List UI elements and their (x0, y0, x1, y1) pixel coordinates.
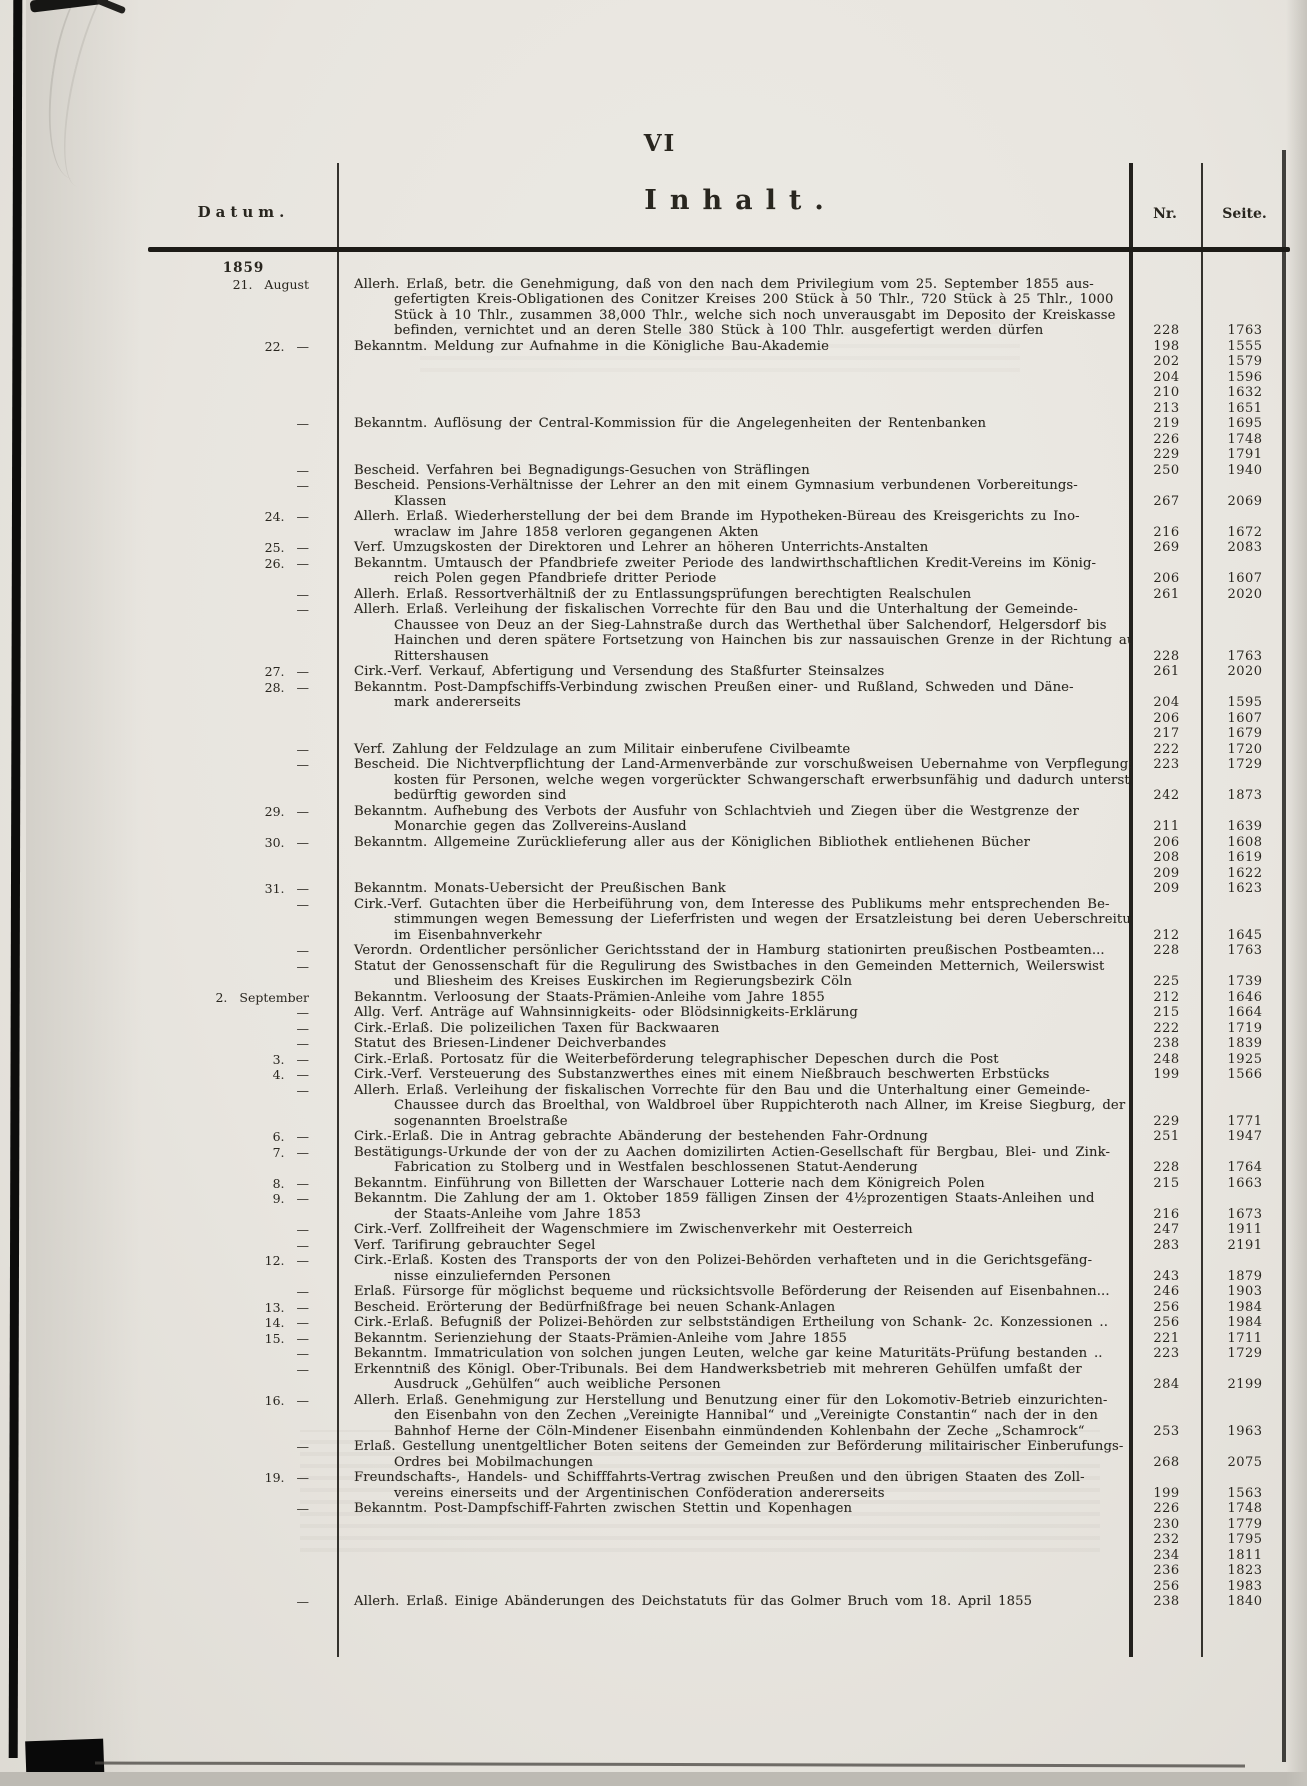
entry-text: Chaussee von Deuz an der Sieg-Lahnstraße… (394, 618, 1125, 634)
table-row: nisse einzuliefernden Personen2431879 (150, 1269, 1288, 1285)
content-cell: Ordres bei Mobilmachungen (337, 1455, 1131, 1471)
entry-text: Bekanntm. Allgemeine Zurücklieferung all… (354, 835, 1125, 851)
entry-text: Klassen (394, 494, 1125, 510)
entry-text: reich Polen gegen Pfandbriefe dritter Pe… (394, 571, 1125, 587)
entry-text: Bekanntm. Post-Dampfschiffs-Verbindung z… (354, 680, 1125, 696)
entry-text: Allerh. Erlaß, betr. die Genehmigung, da… (354, 277, 1125, 293)
content-cell: Bestätigungs-Urkunde der von der zu Aach… (337, 1145, 1131, 1161)
table-row: 14. —Cirk.-Erlaß. Befugniß der Polizei-B… (150, 1315, 1288, 1331)
content-cell: Allerh. Erlaß. Ressortverhältniß der zu … (337, 587, 1131, 603)
date-cell: 27. — (150, 664, 337, 680)
entry-text: Rittershausen (394, 649, 1125, 665)
nr-cell: 206 (1131, 711, 1202, 727)
seite-cell: 1763 (1202, 649, 1288, 665)
content-cell: befinden, vernichtet und an deren Stelle… (337, 323, 1131, 339)
nr-cell: 223 (1131, 757, 1202, 773)
date-cell: 13. — (150, 1300, 337, 1316)
table-row: Klassen2672069 (150, 494, 1288, 510)
table-row: 2081619 (150, 850, 1288, 866)
entry-text: Freundschafts-, Handels- und Schifffahrt… (354, 1470, 1125, 1486)
nr-cell: 219 (1131, 416, 1202, 432)
content-cell: Bescheid. Die Nichtverpflichtung der Lan… (337, 757, 1131, 773)
date-cell: 22. — (150, 339, 337, 355)
nr-cell (1131, 602, 1202, 618)
table-row: und Bliesheim des Kreises Euskirchen im … (150, 974, 1288, 990)
page-number: VI (600, 130, 720, 157)
date-cell: 25. — (150, 540, 337, 556)
scanned-page: VI Datum. Inhalt. Nr. Seite. 185921. Aug… (0, 0, 1307, 1786)
seite-cell: 1925 (1202, 1052, 1288, 1068)
date-cell (150, 1377, 337, 1393)
nr-cell (1131, 959, 1202, 975)
date-cell (150, 308, 337, 324)
content-cell: Bekanntm. Meldung zur Aufnahme in die Kö… (337, 339, 1131, 355)
seite-cell: 1748 (1202, 432, 1288, 448)
seite-cell: 1983 (1202, 1579, 1288, 1595)
entry-text: Verordn. Ordentlicher persönlicher Geric… (354, 943, 1125, 959)
table-row: —Erlaß. Fürsorge für möglichst bequeme u… (150, 1284, 1288, 1300)
entry-text: Allerh. Erlaß. Ressortverhältniß der zu … (354, 587, 1125, 603)
seite-cell (1202, 261, 1288, 277)
table-row: vereins einerseits und der Argentinische… (150, 1486, 1288, 1502)
seite-cell: 1622 (1202, 866, 1288, 882)
content-cell: Cirk.-Verf. Zollfreiheit der Wagenschmie… (337, 1222, 1131, 1238)
seite-cell (1202, 1439, 1288, 1455)
content-cell: Allerh. Erlaß, betr. die Genehmigung, da… (337, 277, 1131, 293)
seite-cell: 1711 (1202, 1331, 1288, 1347)
table-row: Bahnhof Herne der Cöln-Mindener Eisenbah… (150, 1424, 1288, 1440)
content-cell: Cirk.-Erlaß. Die polizeilichen Taxen für… (337, 1021, 1131, 1037)
content-cell: Verordn. Ordentlicher persönlicher Geric… (337, 943, 1131, 959)
nr-cell: 209 (1131, 881, 1202, 897)
seite-cell (1202, 509, 1288, 525)
seite-cell: 1646 (1202, 990, 1288, 1006)
date-cell (150, 866, 337, 882)
date-cell (150, 447, 337, 463)
content-cell: und Bliesheim des Kreises Euskirchen im … (337, 974, 1131, 990)
seite-cell (1202, 1393, 1288, 1409)
content-cell: Bahnhof Herne der Cöln-Mindener Eisenbah… (337, 1424, 1131, 1440)
table-row: Monarchie gegen das Zollvereins-Ausland2… (150, 819, 1288, 835)
nr-cell: 206 (1131, 571, 1202, 587)
date-cell: 29. — (150, 804, 337, 820)
entry-text: Allerh. Erlaß. Wiederherstellung der bei… (354, 509, 1125, 525)
table-row: 21. AugustAllerh. Erlaß, betr. die Geneh… (150, 277, 1288, 293)
entry-text: Allg. Verf. Anträge auf Wahnsinnigkeits-… (354, 1005, 1125, 1021)
seite-cell: 1823 (1202, 1563, 1288, 1579)
table-row: Hainchen und deren spätere Fortsetzung v… (150, 633, 1288, 649)
table-row: reich Polen gegen Pfandbriefe dritter Pe… (150, 571, 1288, 587)
content-cell: der Staats-Anleihe vom Jahre 1853 (337, 1207, 1131, 1223)
nr-cell: 247 (1131, 1222, 1202, 1238)
seite-cell (1202, 602, 1288, 618)
seite-cell (1202, 618, 1288, 634)
date-cell (150, 1517, 337, 1533)
column-header-datum: Datum. (150, 203, 337, 221)
date-cell: 3. — (150, 1052, 337, 1068)
date-cell: 19. — (150, 1470, 337, 1486)
entry-text: vereins einerseits und der Argentinische… (394, 1486, 1125, 1502)
seite-cell: 2199 (1202, 1377, 1288, 1393)
content-cell: Bescheid. Pensions-Verhältnisse der Lehr… (337, 478, 1131, 494)
date-cell: — (150, 897, 337, 913)
content-cell (337, 1548, 1131, 1564)
table-row: —Bekanntm. Auflösung der Central-Kommiss… (150, 416, 1288, 432)
nr-cell (1131, 261, 1202, 277)
nr-cell: 204 (1131, 370, 1202, 386)
content-cell: Bekanntm. Monats-Uebersicht der Preußisc… (337, 881, 1131, 897)
content-cell: Bekanntm. Immatriculation von solchen ju… (337, 1346, 1131, 1362)
table-row: Rittershausen2281763 (150, 649, 1288, 665)
seite-cell (1202, 1408, 1288, 1424)
nr-cell: 199 (1131, 1067, 1202, 1083)
nr-cell (1131, 897, 1202, 913)
nr-cell: 243 (1131, 1269, 1202, 1285)
date-cell: — (150, 1346, 337, 1362)
date-cell (150, 432, 337, 448)
date-cell (150, 711, 337, 727)
date-cell: — (150, 1594, 337, 1610)
content-cell: Bekanntm. Post-Dampfschiffs-Verbindung z… (337, 680, 1131, 696)
date-cell (150, 1455, 337, 1471)
date-cell: 14. — (150, 1315, 337, 1331)
date-cell: — (150, 1036, 337, 1052)
nr-cell (1131, 277, 1202, 293)
table-row: —Cirk.-Verf. Gutachten über die Herbeifü… (150, 897, 1288, 913)
date-cell (150, 928, 337, 944)
seite-cell: 1639 (1202, 819, 1288, 835)
date-cell (150, 370, 337, 386)
date-cell (150, 618, 337, 634)
content-cell: Cirk.-Erlaß. Die in Antrag gebrachte Abä… (337, 1129, 1131, 1145)
seite-cell: 1739 (1202, 974, 1288, 990)
nr-cell: 221 (1131, 1331, 1202, 1347)
nr-cell: 215 (1131, 1005, 1202, 1021)
date-cell (150, 1160, 337, 1176)
nr-cell (1131, 292, 1202, 308)
seite-cell: 2020 (1202, 664, 1288, 680)
content-cell: Cirk.-Verf. Verkauf, Abfertigung und Ver… (337, 664, 1131, 680)
entry-text: Bekanntm. Aufhebung des Verbots der Ausf… (354, 804, 1125, 820)
date-cell: 31. — (150, 881, 337, 897)
content-cell: bedürftig geworden sind (337, 788, 1131, 804)
nr-cell: 215 (1131, 1176, 1202, 1192)
entry-text: mark andererseits (394, 695, 1125, 711)
date-cell: — (150, 463, 337, 479)
content-cell: Rittershausen (337, 649, 1131, 665)
content-cell: Statut des Briesen-Lindener Deichverband… (337, 1036, 1131, 1052)
table-row: —Allerh. Erlaß. Ressortverhältniß der zu… (150, 587, 1288, 603)
content-cell (337, 1517, 1131, 1533)
content-cell: vereins einerseits und der Argentinische… (337, 1486, 1131, 1502)
content-cell (337, 1563, 1131, 1579)
table-row: —Bescheid. Pensions-Verhältnisse der Leh… (150, 478, 1288, 494)
table-row: der Staats-Anleihe vom Jahre 18532161673 (150, 1207, 1288, 1223)
nr-cell: 236 (1131, 1563, 1202, 1579)
table-row: 2291791 (150, 447, 1288, 463)
entry-text: wraclaw im Jahre 1858 verloren gegangene… (394, 525, 1125, 541)
date-cell (150, 354, 337, 370)
table-row: 24. —Allerh. Erlaß. Wiederherstellung de… (150, 509, 1288, 525)
date-cell: 26. — (150, 556, 337, 572)
entry-text: Cirk.-Erlaß. Kosten des Transports der v… (354, 1253, 1125, 1269)
content-cell (337, 432, 1131, 448)
nr-cell: 251 (1131, 1129, 1202, 1145)
content-cell (337, 447, 1131, 463)
seite-cell: 1764 (1202, 1160, 1288, 1176)
entry-text: Bekanntm. Immatriculation von solchen ju… (354, 1346, 1125, 1362)
date-cell: 30. — (150, 835, 337, 851)
seite-cell: 1595 (1202, 695, 1288, 711)
date-cell: — (150, 1005, 337, 1021)
seite-cell (1202, 897, 1288, 913)
content-cell: Bescheid. Erörterung der Bedürfnißfrage … (337, 1300, 1131, 1316)
entry-text: Allerh. Erlaß. Verleihung der fiskalisch… (354, 602, 1125, 618)
nr-cell (1131, 912, 1202, 928)
date-cell: — (150, 1238, 337, 1254)
seite-cell (1202, 277, 1288, 293)
seite-cell: 1695 (1202, 416, 1288, 432)
nr-cell: 228 (1131, 323, 1202, 339)
entry-text: der Staats-Anleihe vom Jahre 1853 (394, 1207, 1125, 1223)
entry-text: Bekanntm. Verloosung der Staats-Prämien-… (354, 990, 1125, 1006)
entry-text: Statut des Briesen-Lindener Deichverband… (354, 1036, 1125, 1052)
table-row: 2101632 (150, 385, 1288, 401)
table-row: stimmungen wegen Bemessung der Lieferfri… (150, 912, 1288, 928)
table-row: im Eisenbahnverkehr2121645 (150, 928, 1288, 944)
content-cell: Allg. Verf. Anträge auf Wahnsinnigkeits-… (337, 1005, 1131, 1021)
seite-cell (1202, 1098, 1288, 1114)
content-cell (337, 866, 1131, 882)
seite-cell: 1555 (1202, 339, 1288, 355)
seite-cell (1202, 1145, 1288, 1161)
entry-text: und Bliesheim des Kreises Euskirchen im … (394, 974, 1125, 990)
content-cell: Bekanntm. Serienziehung der Staats-Prämi… (337, 1331, 1131, 1347)
table-row: 27. —Cirk.-Verf. Verkauf, Abfertigung un… (150, 664, 1288, 680)
content-cell: Bekanntm. Aufhebung des Verbots der Ausf… (337, 804, 1131, 820)
entry-text: Bekanntm. Die Zahlung der am 1. Oktober … (354, 1191, 1125, 1207)
nr-cell (1131, 1439, 1202, 1455)
nr-cell: 225 (1131, 974, 1202, 990)
seite-cell: 1679 (1202, 726, 1288, 742)
scan-bottom-band (0, 1772, 1307, 1786)
content-cell (337, 1532, 1131, 1548)
table-row: —Verf. Tarifirung gebrauchter Segel28321… (150, 1238, 1288, 1254)
entry-text: stimmungen wegen Bemessung der Lieferfri… (394, 912, 1125, 928)
content-cell: Bekanntm. Post-Dampfschiff-Fahrten zwisc… (337, 1501, 1131, 1517)
date-cell (150, 401, 337, 417)
entry-text: im Eisenbahnverkehr (394, 928, 1125, 944)
entry-text: Fabrication zu Stolberg und in Westfalen… (394, 1160, 1125, 1176)
seite-cell (1202, 292, 1288, 308)
nr-cell: 234 (1131, 1548, 1202, 1564)
table-row: 16. —Allerh. Erlaß. Genehmigung zur Hers… (150, 1393, 1288, 1409)
seite-cell (1202, 959, 1288, 975)
entry-text: Cirk.-Verf. Gutachten über die Herbeifüh… (354, 897, 1125, 913)
table-row: Chaussee durch das Broelthal, von Waldbr… (150, 1098, 1288, 1114)
seite-cell: 1811 (1202, 1548, 1288, 1564)
date-cell: — (150, 416, 337, 432)
nr-cell: 204 (1131, 695, 1202, 711)
nr-cell: 256 (1131, 1300, 1202, 1316)
seite-cell (1202, 804, 1288, 820)
nr-cell: 226 (1131, 432, 1202, 448)
content-cell: mark andererseits (337, 695, 1131, 711)
nr-cell (1131, 1191, 1202, 1207)
table-row: —Bekanntm. Immatriculation von solchen j… (150, 1346, 1288, 1362)
date-cell (150, 1579, 337, 1595)
table-row: 3. —Cirk.-Erlaß. Portosatz für die Weite… (150, 1052, 1288, 1068)
nr-cell: 213 (1131, 401, 1202, 417)
content-cell: Allerh. Erlaß. Wiederherstellung der bei… (337, 509, 1131, 525)
table-row: —Cirk.-Erlaß. Die polizeilichen Taxen fü… (150, 1021, 1288, 1037)
nr-cell (1131, 1145, 1202, 1161)
nr-cell: 250 (1131, 463, 1202, 479)
seite-cell: 1791 (1202, 447, 1288, 463)
table-row: Fabrication zu Stolberg und in Westfalen… (150, 1160, 1288, 1176)
content-cell (337, 261, 1131, 277)
table-row: 2131651 (150, 401, 1288, 417)
nr-cell: 284 (1131, 1377, 1202, 1393)
date-cell: — (150, 478, 337, 494)
seite-cell: 1607 (1202, 711, 1288, 727)
seite-cell (1202, 1253, 1288, 1269)
entry-text: Cirk.-Verf. Verkauf, Abfertigung und Ver… (354, 664, 1125, 680)
table-row: 2341811 (150, 1548, 1288, 1564)
seite-cell: 1903 (1202, 1284, 1288, 1300)
seite-cell: 1563 (1202, 1486, 1288, 1502)
content-cell: Erlaß. Fürsorge für möglichst bequeme un… (337, 1284, 1131, 1300)
content-cell: Cirk.-Verf. Gutachten über die Herbeifüh… (337, 897, 1131, 913)
table-row: —Verordn. Ordentlicher persönlicher Geri… (150, 943, 1288, 959)
seite-cell: 1840 (1202, 1594, 1288, 1610)
date-cell (150, 1269, 337, 1285)
entry-text: Stück à 10 Thlr., zusammen 38,000 Thlr.,… (394, 308, 1125, 324)
table-row: bedürftig geworden sind2421873 (150, 788, 1288, 804)
seite-cell: 1608 (1202, 835, 1288, 851)
date-cell (150, 773, 337, 789)
seite-cell: 1645 (1202, 928, 1288, 944)
nr-cell (1131, 308, 1202, 324)
date-cell (150, 1548, 337, 1564)
table-row: 31. —Bekanntm. Monats-Uebersicht der Pre… (150, 881, 1288, 897)
date-cell: 9. — (150, 1191, 337, 1207)
date-cell (150, 1532, 337, 1548)
date-cell: — (150, 1284, 337, 1300)
table-row: sogenannten Broelstraße2291771 (150, 1114, 1288, 1130)
content-cell: stimmungen wegen Bemessung der Lieferfri… (337, 912, 1131, 928)
nr-cell: 226 (1131, 1501, 1202, 1517)
nr-cell: 216 (1131, 1207, 1202, 1223)
nr-cell: 232 (1131, 1532, 1202, 1548)
table-row: —Statut der Genossenschaft für die Regul… (150, 959, 1288, 975)
nr-cell: 198 (1131, 339, 1202, 355)
nr-cell: 222 (1131, 1021, 1202, 1037)
seite-cell: 1984 (1202, 1315, 1288, 1331)
content-cell (337, 1579, 1131, 1595)
table-row: 4. —Cirk.-Verf. Versteuerung des Substan… (150, 1067, 1288, 1083)
entry-text: Cirk.-Verf. Zollfreiheit der Wagenschmie… (354, 1222, 1125, 1238)
date-cell: 12. — (150, 1253, 337, 1269)
date-cell (150, 525, 337, 541)
content-cell: Monarchie gegen das Zollvereins-Ausland (337, 819, 1131, 835)
date-cell: — (150, 742, 337, 758)
date-cell: 7. — (150, 1145, 337, 1161)
table-row: 15. —Bekanntm. Serienziehung der Staats-… (150, 1331, 1288, 1347)
entry-text: Cirk.-Erlaß. Portosatz für die Weiterbef… (354, 1052, 1125, 1068)
nr-cell: 216 (1131, 525, 1202, 541)
content-cell: Cirk.-Erlaß. Befugniß der Polizei-Behörd… (337, 1315, 1131, 1331)
nr-cell: 256 (1131, 1315, 1202, 1331)
content-cell: Chaussee von Deuz an der Sieg-Lahnstraße… (337, 618, 1131, 634)
content-cell: Hainchen und deren spätere Fortsetzung v… (337, 633, 1131, 649)
nr-cell (1131, 633, 1202, 649)
table-row: 2301779 (150, 1517, 1288, 1533)
date-cell (150, 571, 337, 587)
entry-text: Bekanntm. Meldung zur Aufnahme in die Kö… (354, 339, 1125, 355)
entry-text: Bekanntm. Auflösung der Central-Kommissi… (354, 416, 1125, 432)
entry-text: Verf. Tarifirung gebrauchter Segel (354, 1238, 1125, 1254)
table-row: 29. —Bekanntm. Aufhebung des Verbots der… (150, 804, 1288, 820)
entry-text: Bestätigungs-Urkunde der von der zu Aach… (354, 1145, 1125, 1161)
content-cell (337, 370, 1131, 386)
table-row: 19. —Freundschafts-, Handels- und Schiff… (150, 1470, 1288, 1486)
table-row: 7. —Bestätigungs-Urkunde der von der zu … (150, 1145, 1288, 1161)
header-rule (148, 247, 1290, 252)
content-cell: kosten für Personen, welche wegen vorger… (337, 773, 1131, 789)
table-row: 2. SeptemberBekanntm. Verloosung der Sta… (150, 990, 1288, 1006)
nr-cell: 261 (1131, 664, 1202, 680)
seite-cell: 1607 (1202, 571, 1288, 587)
content-cell: Erkenntniß des Königl. Ober-Tribunals. B… (337, 1362, 1131, 1378)
nr-cell: 238 (1131, 1594, 1202, 1610)
nr-cell: 261 (1131, 587, 1202, 603)
entry-text: bedürftig geworden sind (394, 788, 1125, 804)
content-cell (337, 354, 1131, 370)
entry-text: Bescheid. Die Nichtverpflichtung der Lan… (354, 757, 1125, 773)
nr-cell: 268 (1131, 1455, 1202, 1471)
content-cell: Allerh. Erlaß. Verleihung der fiskalisch… (337, 602, 1131, 618)
content-cell: Cirk.-Erlaß. Portosatz für die Weiterbef… (337, 1052, 1131, 1068)
nr-cell: 229 (1131, 447, 1202, 463)
table-row: 22. —Bekanntm. Meldung zur Aufnahme in d… (150, 339, 1288, 355)
nr-cell: 242 (1131, 788, 1202, 804)
nr-cell: 269 (1131, 540, 1202, 556)
nr-cell (1131, 618, 1202, 634)
table-row: 8. —Bekanntm. Einführung von Billetten d… (150, 1176, 1288, 1192)
date-cell (150, 819, 337, 835)
seite-cell: 1795 (1202, 1532, 1288, 1548)
nr-cell (1131, 478, 1202, 494)
seite-cell (1202, 1470, 1288, 1486)
content-cell: Allerh. Erlaß. Verleihung der fiskalisch… (337, 1083, 1131, 1099)
nr-cell: 248 (1131, 1052, 1202, 1068)
nr-cell (1131, 556, 1202, 572)
page-gutter-shadow (26, 0, 141, 1786)
entry-text: kosten für Personen, welche wegen vorger… (394, 773, 1125, 789)
content-cell: Chaussee durch das Broelthal, von Waldbr… (337, 1098, 1131, 1114)
content-cell: gefertigten Kreis-Obligationen des Conit… (337, 292, 1131, 308)
table-row: 2091622 (150, 866, 1288, 882)
entry-text: Verf. Umzugskosten der Direktoren und Le… (354, 540, 1125, 556)
seite-cell: 2069 (1202, 494, 1288, 510)
content-cell: Verf. Umzugskosten der Direktoren und Le… (337, 540, 1131, 556)
seite-cell (1202, 556, 1288, 572)
nr-cell: 202 (1131, 354, 1202, 370)
table-row: wraclaw im Jahre 1858 verloren gegangene… (150, 525, 1288, 541)
entry-text: Allerh. Erlaß. Einige Abänderungen des D… (354, 1594, 1125, 1610)
date-cell: — (150, 943, 337, 959)
